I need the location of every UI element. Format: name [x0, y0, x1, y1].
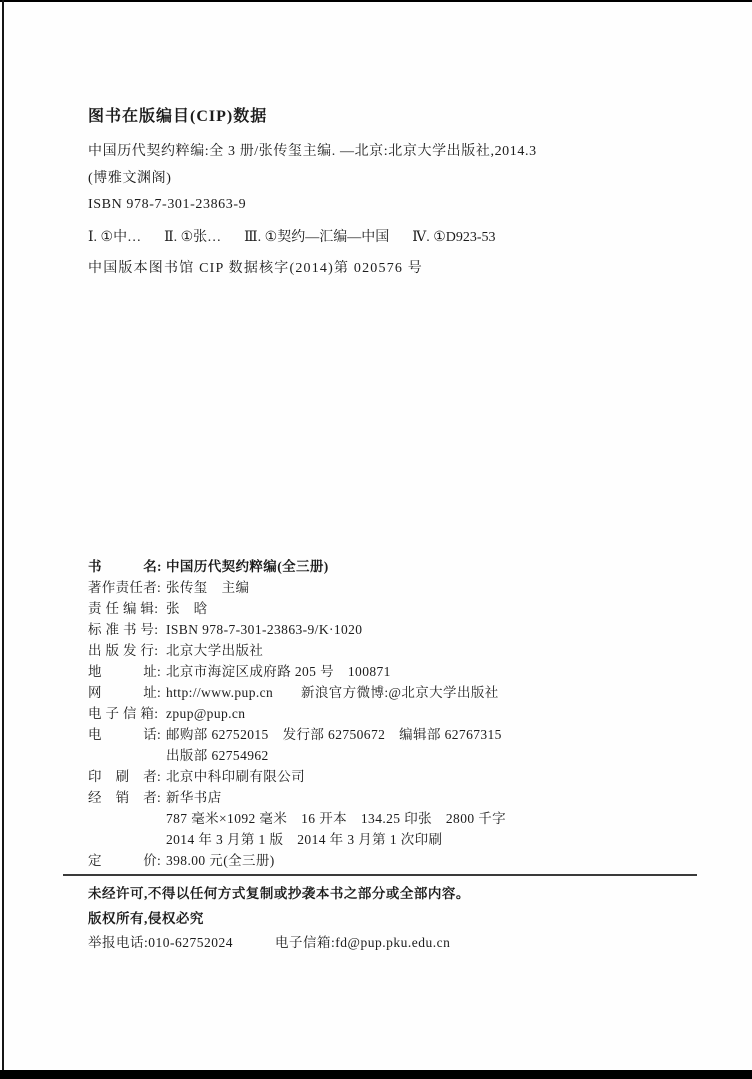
copyright-page: 图书在版编目(CIP)数据 中国历代契约粹编:全 3 册/张传玺主编. —北京:… — [0, 0, 752, 1079]
divider-rule — [63, 874, 697, 876]
colophon-row: 出版部 62754962 — [88, 745, 712, 766]
colophon-row-label: 网 址: — [88, 682, 166, 703]
colophon-row-value: 北京大学出版社 — [166, 643, 263, 658]
cip-series-line: (博雅文渊阁) — [88, 166, 712, 193]
colophon-row-label: 出 版 发 行: — [88, 640, 166, 661]
colophon-row-label: 责 任 编 辑: — [88, 598, 166, 619]
email-label: 电子信箱: — [275, 935, 335, 950]
colophon-row-value: 787 毫米×1092 毫米 16 开本 134.25 印张 2800 千字 — [166, 811, 506, 826]
colophon-row-value: ISBN 978-7-301-23863-9/K·1020 — [166, 622, 362, 637]
colophon-row-label: 电 子 信 箱: — [88, 703, 166, 724]
colophon-row: 印 刷 者:北京中科印刷有限公司 — [88, 766, 712, 787]
colophon-row-value: 2014 年 3 月第 1 版 2014 年 3 月第 1 次印刷 — [166, 832, 442, 847]
colophon-row: 著作责任者:张传玺 主编 — [88, 577, 712, 598]
colophon-row-value: 398.00 元(全三册) — [166, 853, 275, 868]
colophon-row: 电 子 信 箱:zpup@pup.cn — [88, 703, 712, 724]
colophon-row: 责 任 编 辑:张 晗 — [88, 598, 712, 619]
colophon-row: 出 版 发 行:北京大学出版社 — [88, 640, 712, 661]
cip-title-line: 中国历代契约粹编:全 3 册/张传玺主编. —北京:北京大学出版社,2014.3 — [88, 139, 712, 166]
colophon-row: 2014 年 3 月第 1 版 2014 年 3 月第 1 次印刷 — [88, 829, 712, 850]
colophon-row-value: 出版部 62754962 — [166, 748, 269, 763]
colophon-row-label: 电 话: — [88, 724, 166, 745]
colophon-row-value: 张传玺 主编 — [166, 580, 249, 595]
cip-classification-item: Ⅰ. ①中… — [88, 230, 141, 245]
cip-record-line: 中国版本图书馆 CIP 数据核字(2014)第 020576 号 — [88, 258, 712, 280]
colophon-row: 书 名:中国历代契约粹编(全三册) — [88, 556, 712, 577]
cip-heading: 图书在版编目(CIP)数据 — [88, 103, 712, 126]
cip-classification-item: Ⅳ. ①D923-53 — [412, 230, 495, 245]
footer-block: 未经许可,不得以任何方式复制或抄袭本书之部分或全部内容。 版权所有,侵权必究 举… — [88, 882, 712, 956]
cip-block: 图书在版编目(CIP)数据 中国历代契约粹编:全 3 册/张传玺主编. —北京:… — [88, 103, 712, 280]
colophon-row: 标 准 书 号:ISBN 978-7-301-23863-9/K·1020 — [88, 619, 712, 640]
colophon-row-label: 书 名: — [88, 556, 166, 577]
colophon-row-label: 标 准 书 号: — [88, 619, 166, 640]
colophon-row-value: http://www.pup.cn 新浪官方微博:@北京大学出版社 — [166, 685, 499, 700]
scan-edge-bottom — [0, 1070, 752, 1079]
copyright-notice: 未经许可,不得以任何方式复制或抄袭本书之部分或全部内容。 — [88, 882, 712, 907]
report-phone-label: 举报电话: — [88, 935, 148, 950]
colophon-row: 定 价:398.00 元(全三册) — [88, 850, 712, 871]
email-address: fd@pup.pku.edu.cn — [335, 935, 450, 950]
colophon-row-label: 经 销 者: — [88, 787, 166, 808]
cip-isbn-line: ISBN 978-7-301-23863-9 — [88, 192, 712, 219]
scan-edge-left — [2, 0, 4, 1079]
colophon-row: 经 销 者:新华书店 — [88, 787, 712, 808]
colophon-row: 电 话:邮购部 62752015 发行部 62750672 编辑部 627673… — [88, 724, 712, 745]
colophon-row-value: 中国历代契约粹编(全三册) — [166, 559, 329, 574]
contact-line: 举报电话:010-62752024电子信箱:fd@pup.pku.edu.cn — [88, 931, 712, 956]
colophon-row-label: 著作责任者: — [88, 577, 166, 598]
colophon-row-value: 新华书店 — [166, 790, 222, 805]
cip-classification-item: Ⅲ. ①契约—汇编—中国 — [244, 230, 389, 245]
colophon-row-label: 定 价: — [88, 850, 166, 871]
colophon-row: 787 毫米×1092 毫米 16 开本 134.25 印张 2800 千字 — [88, 808, 712, 829]
cip-classification-line: Ⅰ. ①中…Ⅱ. ①张…Ⅲ. ①契约—汇编—中国Ⅳ. ①D923-53 — [88, 227, 712, 249]
colophon-row-value: 邮购部 62752015 发行部 62750672 编辑部 62767315 — [166, 727, 502, 742]
colophon-row-value: 北京中科印刷有限公司 — [166, 769, 305, 784]
colophon-row-value: zpup@pup.cn — [166, 706, 245, 721]
rights-statement: 版权所有,侵权必究 — [88, 907, 712, 932]
report-phone-number: 010-62752024 — [148, 935, 233, 950]
colophon-row: 地 址:北京市海淀区成府路 205 号 100871 — [88, 661, 712, 682]
scan-edge-top — [0, 0, 752, 2]
colophon-row-label: 地 址: — [88, 661, 166, 682]
colophon-row-label: 印 刷 者: — [88, 766, 166, 787]
cip-classification-item: Ⅱ. ①张… — [164, 230, 221, 245]
colophon-row: 网 址:http://www.pup.cn 新浪官方微博:@北京大学出版社 — [88, 682, 712, 703]
colophon-row-value: 张 晗 — [166, 601, 208, 616]
colophon-row-value: 北京市海淀区成府路 205 号 100871 — [166, 664, 391, 679]
colophon-block: 书 名:中国历代契约粹编(全三册)著作责任者:张传玺 主编责 任 编 辑:张 晗… — [88, 556, 712, 871]
